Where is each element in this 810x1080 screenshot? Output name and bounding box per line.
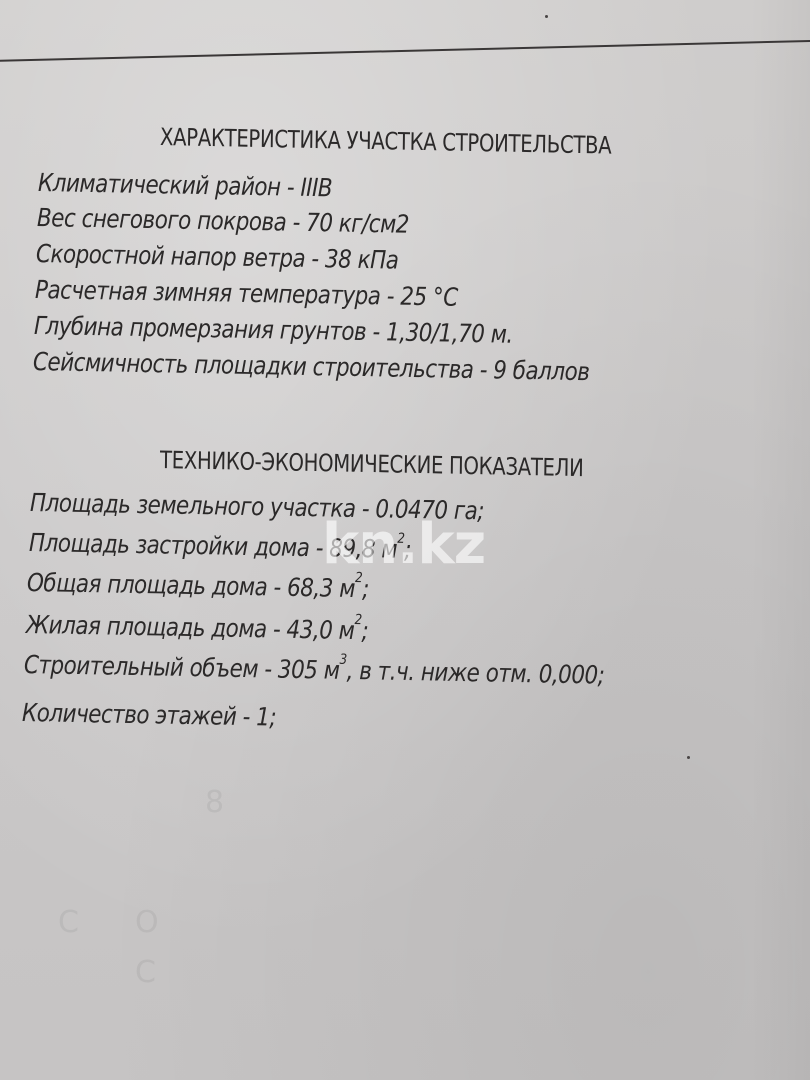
item-suffix: ;	[361, 616, 368, 645]
item-text: Жилая площадь дома - 43,0 м	[26, 610, 355, 645]
watermark-logo: kn.kz	[322, 512, 485, 577]
paper-speck	[545, 15, 548, 18]
paper-speck	[687, 756, 690, 759]
show-through-mark: О	[135, 905, 159, 940]
item-climatic-region: Климатический район - IIIВ	[38, 168, 333, 202]
show-through-mark: 8	[205, 785, 224, 820]
unit-exponent: 3	[339, 652, 346, 668]
item-text: Строительный объем - 305 м	[24, 650, 340, 685]
item-living-area: Жилая площадь дома - 43,0 м2;	[26, 610, 369, 645]
paper-edge-shade	[750, 0, 810, 1080]
show-through-mark: С	[135, 955, 156, 990]
unit-exponent: 2	[354, 612, 361, 628]
item-text: Общая площадь дома - 68,3 м	[27, 568, 355, 603]
item-suffix: , в т.ч. ниже отм. 0,000;	[346, 656, 604, 690]
item-total-area: Общая площадь дома - 68,3 м2;	[27, 568, 369, 603]
show-through-mark: С	[58, 905, 79, 940]
item-suffix: ;	[362, 574, 369, 603]
item-number-of-floors: Количество этажей - 1;	[22, 698, 277, 732]
